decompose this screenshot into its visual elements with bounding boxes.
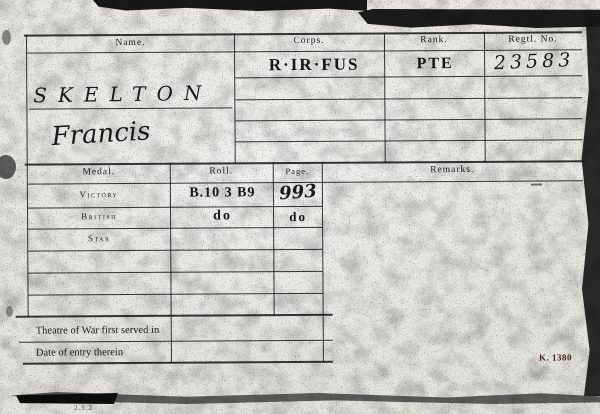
- corner-mark: 2.9.2: [74, 404, 93, 412]
- form-code: K. 1380: [539, 352, 572, 362]
- name-column-header: Name.: [27, 37, 234, 48]
- rule-line: [28, 249, 322, 252]
- regtl-no-column-header: Regtl. No.: [484, 34, 582, 45]
- rule-line: [235, 118, 582, 122]
- forename-handwritten: Francis: [51, 116, 152, 152]
- rule-line: [322, 162, 325, 362]
- british-roll-ditto-stamp: do: [172, 208, 273, 225]
- surname-underline: [29, 107, 232, 110]
- rule-line: [235, 97, 582, 101]
- theatre-underline: [19, 340, 333, 343]
- star-roll-empty-cell: [172, 231, 273, 232]
- rule-line: [16, 314, 333, 318]
- medal-column-header: Medal.: [28, 167, 170, 178]
- british-page-ditto-stamp: do: [274, 209, 322, 225]
- medal-index-card-scan: Name. Corps. Rank. Regtl. No. R·IR·FUS P…: [0, 0, 600, 414]
- remarks-stray-mark: [531, 184, 542, 186]
- date-of-entry-label: Date of entry therein: [36, 347, 123, 359]
- date-underline: [23, 361, 333, 365]
- victory-page-handwritten: 993: [273, 180, 322, 205]
- medal-row-victory-label: Victory: [28, 189, 170, 200]
- rank-column-header: Rank.: [384, 35, 484, 46]
- surname-handwritten: SKELTON: [33, 81, 212, 108]
- rule-line: [236, 139, 583, 143]
- remarks-column-header: Remarks.: [322, 164, 583, 176]
- theatre-of-war-label: Theatre of War first served in: [36, 325, 160, 337]
- corps-column-header: Corps.: [234, 35, 384, 46]
- rule-line: [28, 227, 322, 230]
- rank-value-stamp: PTE: [387, 55, 483, 74]
- corps-value-stamp: R·IR·FUS: [239, 54, 389, 75]
- roll-column-header: Roll.: [170, 166, 273, 177]
- medal-row-star-label: Star: [28, 233, 170, 244]
- card-content: Name. Corps. Rank. Regtl. No. R·IR·FUS P…: [0, 0, 600, 414]
- rule-line: [235, 75, 582, 79]
- victory-roll-stamp: B.10 3 B9: [172, 185, 273, 202]
- regtl-no-value-handwritten: 23583: [486, 49, 583, 75]
- rule-line: [28, 271, 322, 274]
- rule-line: [29, 293, 323, 296]
- medal-row-british-label: British: [28, 211, 170, 222]
- page-column-header: Page.: [273, 166, 322, 176]
